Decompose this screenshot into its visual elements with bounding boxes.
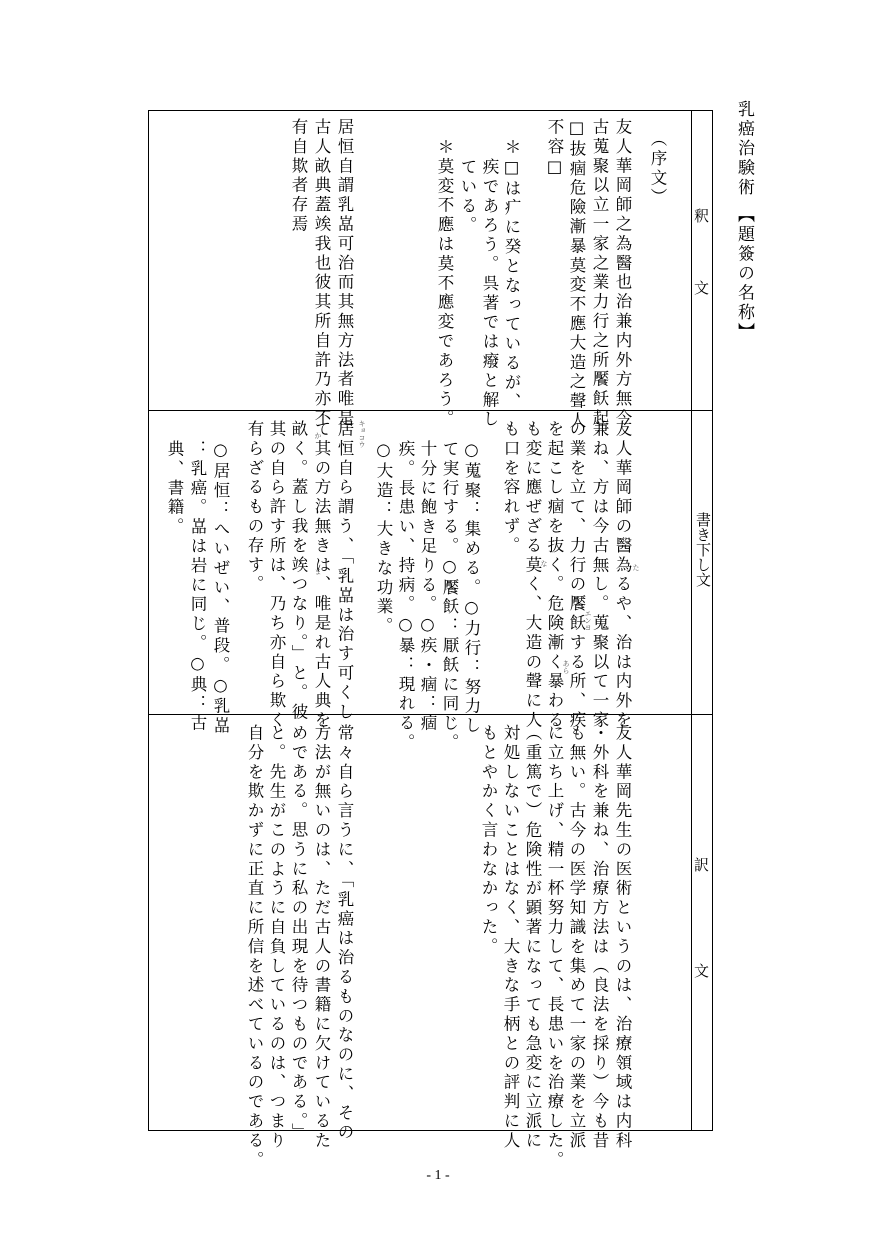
ruby-arawa: あら <box>562 660 569 674</box>
document-title: 乳癌治験術 【題簽の名称】 <box>732 100 757 342</box>
shakubun-line: □抜痼危險漸暴莫変不應大造之聲人 <box>565 118 587 431</box>
yakubun-line: 対処しないことはなく、大きな手柄との評判に人 <box>499 724 521 1151</box>
kakikudashi-line: も口を容れず。 <box>499 420 521 556</box>
shakubun-line: 古蒐聚以立一家之業力行之所饜飫起 <box>588 118 610 428</box>
shakubun-line: 有自欺者存焉 <box>287 118 309 234</box>
yakubun-line: 常々自ら言うに、「乳癌は治るものなのに、その <box>333 724 355 1143</box>
kakikudashi-line: て其の方法無きは、唯是れ古人典を <box>310 420 332 730</box>
label-yakubun-2: 文 <box>694 963 712 978</box>
kakikudashi-note: ：乳癌。嵓は岩に同じ。○典：古 <box>186 440 208 734</box>
shakubun-note: 疾であろう。呉著では癈と解し <box>478 158 500 430</box>
label-yakubun-1: 訳 <box>694 857 712 872</box>
yakubun-line: （重篤で）危険性が顕著になっても急変に立派に <box>521 724 543 1151</box>
yakubun-line: もとやかく言わなかった。 <box>477 724 499 957</box>
kakikudashi-line: 其の自ら許す所は、乃ち亦自ら欺く <box>265 420 287 730</box>
ruby-na: な <box>540 560 547 567</box>
kakikudashi-note: ○蒐聚：集める。○力行：努力し <box>460 440 482 736</box>
yakubun-line: 方法が無いのは、ただ古人の書籍に欠けているた <box>310 724 332 1151</box>
shakubun-line: 古人畝典蓋竢我也彼其所自許乃亦不 <box>310 118 332 428</box>
label-shakubun-2: 文 <box>694 280 712 295</box>
shakubun-note: ＊□は疒に癸となっているが、 <box>500 138 522 412</box>
kakikudashi-line: 畝く。蓋し我を竢つなり。」と。彼 <box>287 420 309 722</box>
yakubun-line: めである。思うに私の出現を待つものである。」 <box>287 724 309 1143</box>
ruby-ka: か <box>314 432 321 439</box>
ruby-kyoko: キョコウ <box>358 420 365 448</box>
kakikudashi-line: 兼ね、方は今古無し。蒐聚以て一家 <box>588 420 610 730</box>
yakubun-line: 友人華岡先生の医術というのは、治療領域は内科 <box>611 724 633 1151</box>
label-divider-2 <box>691 714 713 715</box>
ruby-ma: ま <box>314 568 321 575</box>
kakikudashi-line: を起こし痼を抜く。危険漸く暴わる <box>543 420 565 730</box>
kakikudashi-line: の業を立て、力行の饜飫する所、疾 <box>565 420 587 730</box>
shakubun-note: ＊莫変不應は莫不應変であろう。 <box>433 138 455 429</box>
preface-heading: （序文） <box>646 130 668 208</box>
kakikudashi-line: 有らざるもの存す。 <box>243 420 265 595</box>
kakikudashi-note: ○大造：大きな功業。 <box>372 440 394 637</box>
yakubun-line: と。先生がこのように自負しているのは、つまり <box>265 724 287 1151</box>
shakubun-line: 友人華岡師之為醫也治兼内外方無今 <box>611 118 633 428</box>
label-kakikudashi: 書き下し文 <box>694 512 712 587</box>
yakubun-line: に立ち上げ、精一杯努力して、長患いを治療した。 <box>543 724 565 1170</box>
kakikudashi-note: て実行する。○饜飫：厭飫に同じ。 <box>438 440 460 753</box>
shakubun-line: 居恒自謂乳嵓可治而其無方法者唯是 <box>333 118 355 428</box>
yakubun-line: 自分を欺かずに正直に所信を述べているのである。 <box>243 724 265 1170</box>
kakikudashi-note: ○居恒：へいぜい、普段。○乳嵓 <box>209 440 231 736</box>
ruby-ta: た <box>632 564 639 571</box>
label-divider-1 <box>691 410 713 411</box>
kakikudashi-note: 疾。長患い、持病。○暴：現れる。 <box>394 440 416 753</box>
shakubun-line: 不容□ <box>543 118 565 179</box>
yakubun-line: ・外科を兼ね、治療方法は（良法を採り）今も昔 <box>588 724 610 1151</box>
kakikudashi-note: 十分に飽き足りる。○疾・痼：痼 <box>416 440 438 734</box>
kakikudashi-line: も変に應ぜざる莫く、大造の聲に人 <box>521 420 543 730</box>
ruby-enyo: エンヨ <box>584 610 591 631</box>
kakikudashi-line: 友人華岡師の醫為るや、治は内外を <box>611 420 633 730</box>
label-shakubun-1: 釈 <box>694 208 712 223</box>
shakubun-note: ている。 <box>456 158 478 236</box>
kakikudashi-note: 典、書籍。 <box>163 440 185 537</box>
yakubun-line: も無い。古今の医学知識を集めて一家の業を立派 <box>565 724 587 1151</box>
page-number: - 1 - <box>0 1168 876 1184</box>
kakikudashi-line: 居恒自ら謂う、「乳嵓は治す可くし <box>333 420 355 722</box>
